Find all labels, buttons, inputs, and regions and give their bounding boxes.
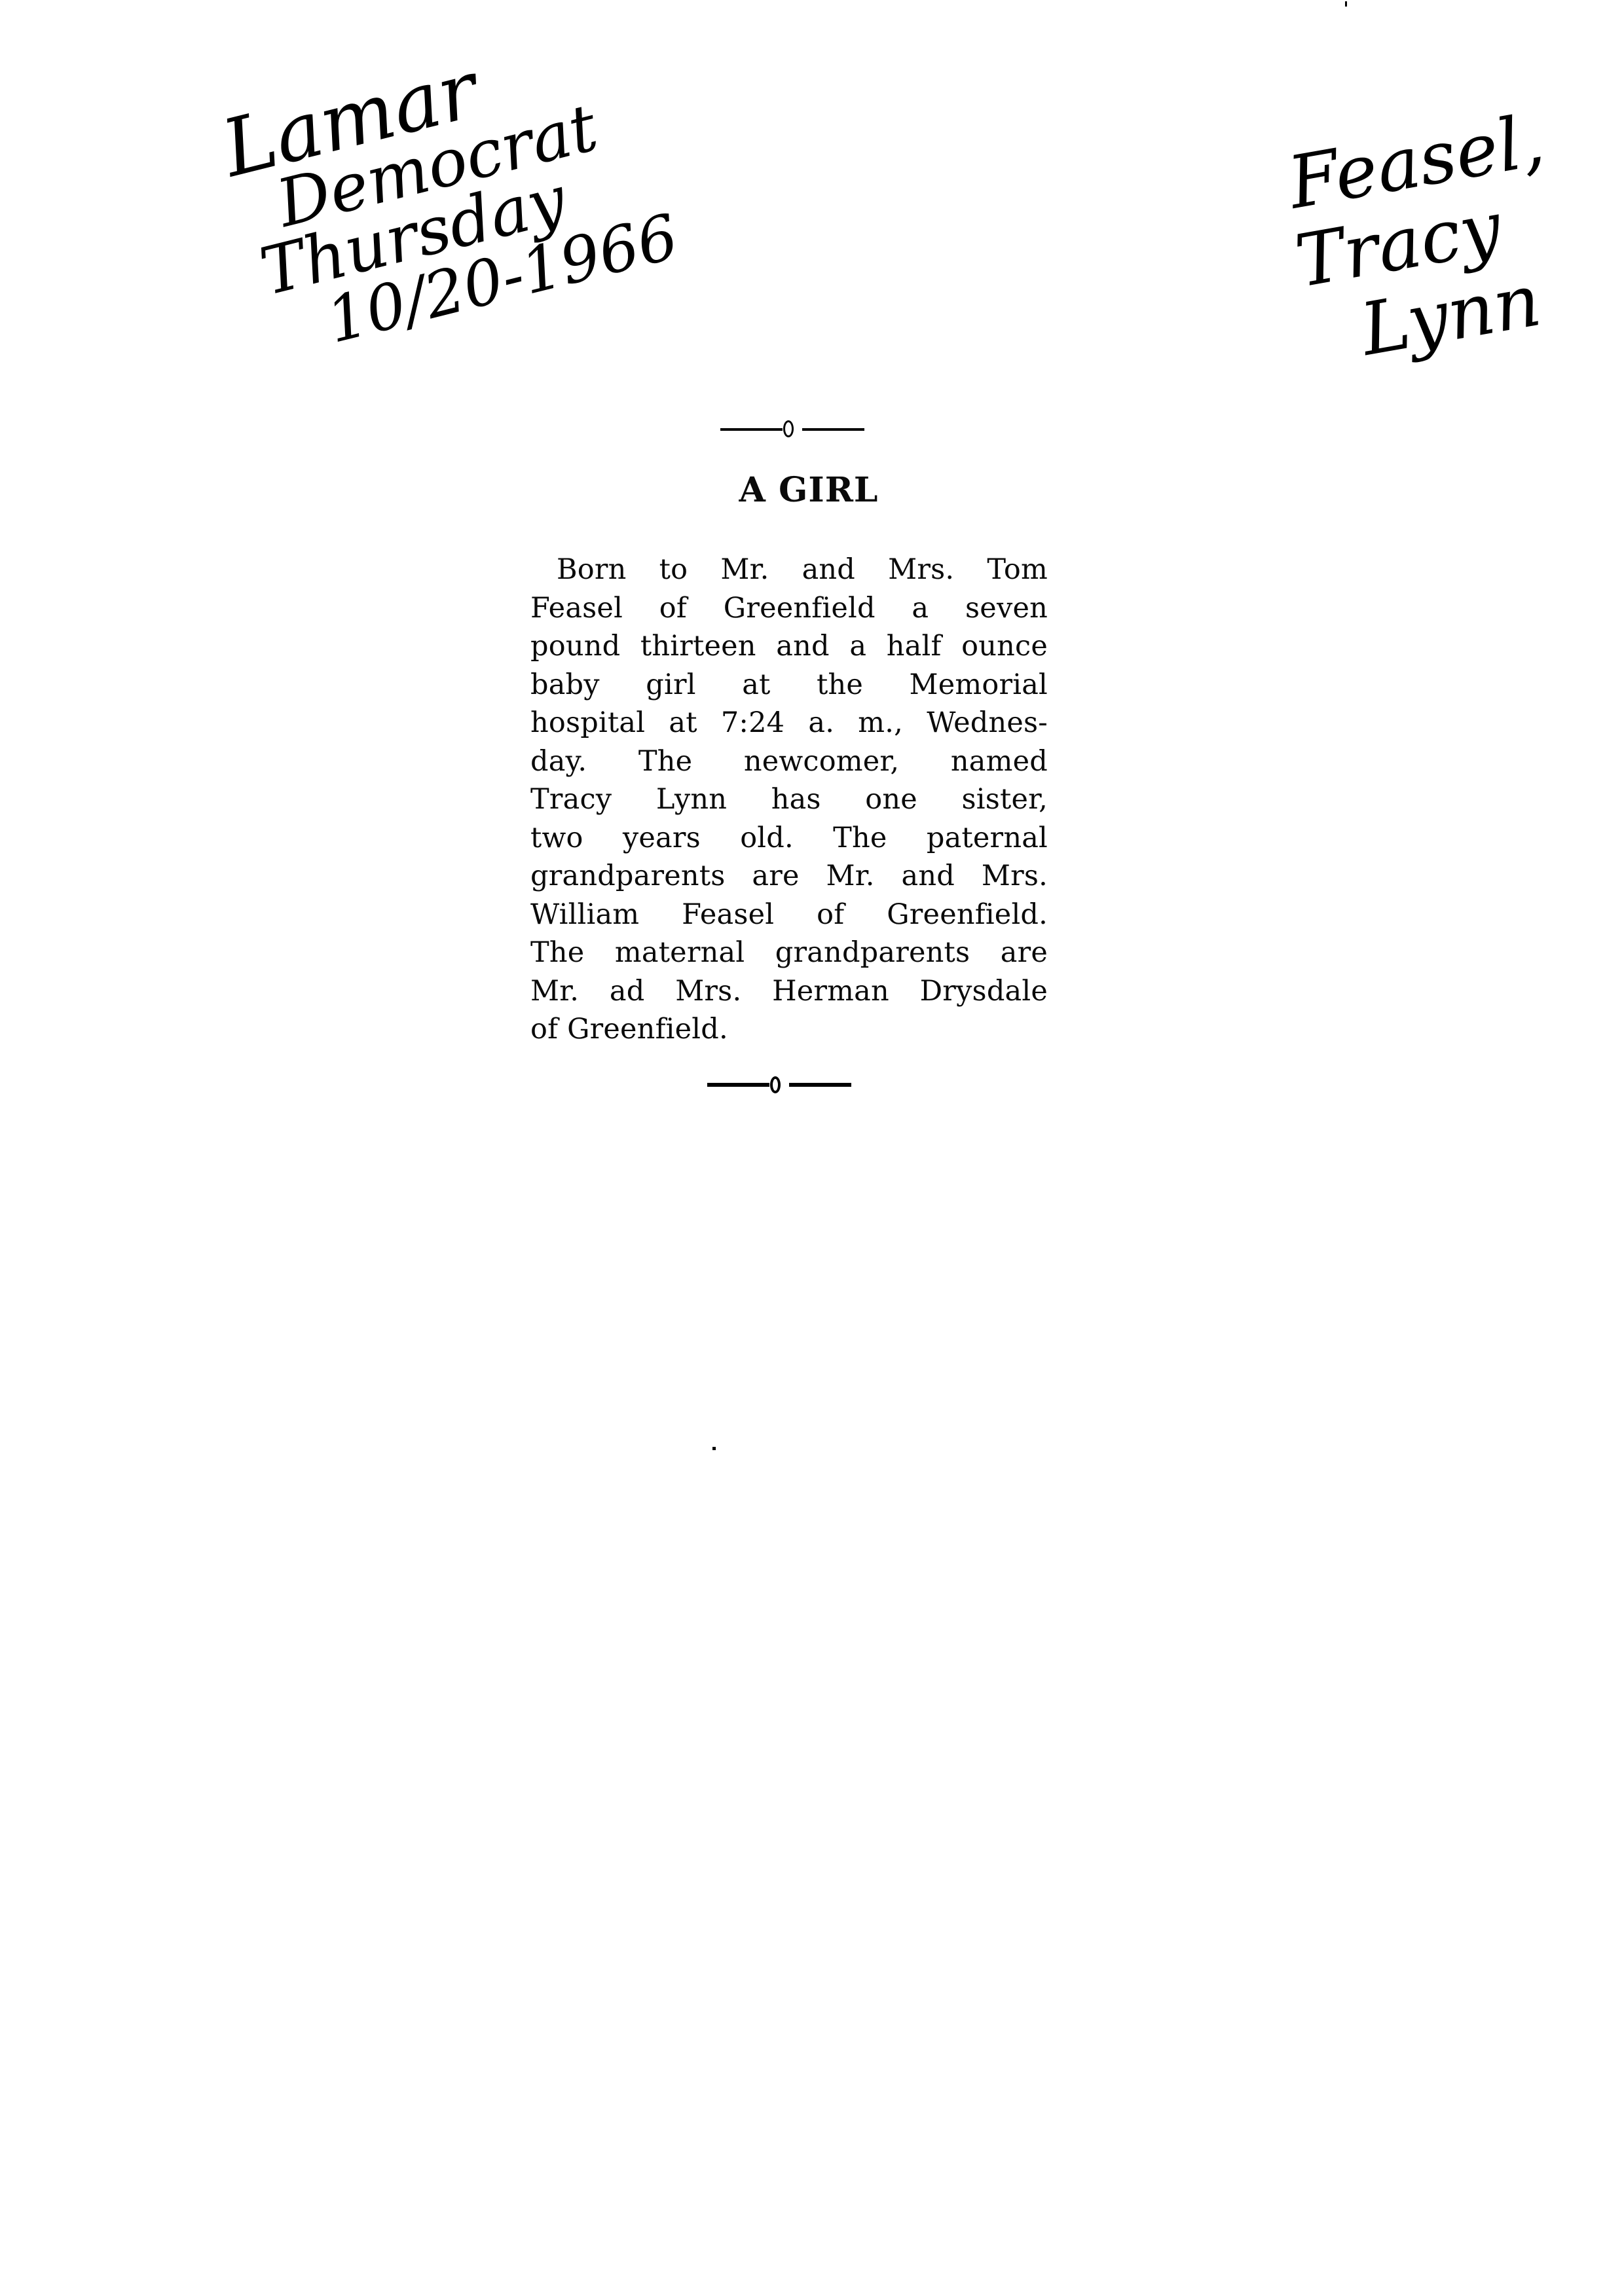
article-line: William Feasel of Greenfield.: [530, 896, 1048, 934]
article-line: day. The newcomer, named: [530, 742, 1048, 781]
article-line: Tracy Lynn has one sister,: [530, 780, 1048, 819]
article-line: of Greenfield.: [530, 1010, 1048, 1049]
divider-ring: [783, 420, 794, 437]
article-body: Born to Mr. and Mrs. Tom Feasel of Green…: [530, 551, 1048, 1049]
article-line: pound thirteen and a half ounce: [530, 627, 1048, 666]
handwritten-source-note: Lamar Democrat Thursday 10/20-1966: [196, 12, 684, 372]
article-line: two years old. The paternal: [530, 819, 1048, 858]
article-line: grandparents are Mr. and Mrs.: [530, 857, 1048, 896]
article-line: Feasel of Greenfield a seven: [530, 589, 1048, 628]
scan-speck: [1345, 1, 1347, 7]
article-line: The maternal grandparents are: [530, 934, 1048, 972]
divider-bar: [802, 428, 864, 431]
article-line: hospital at 7:24 a. m., Wednes-: [530, 704, 1048, 742]
divider-bar: [720, 428, 783, 431]
handwritten-name-note: Feasel, Tracy Lynn: [1270, 103, 1576, 376]
article-headline: A GIRL: [530, 470, 1048, 510]
article-line: baby girl at the Memorial: [530, 666, 1048, 704]
divider-bar: [789, 1083, 851, 1087]
divider-ornament-icon: [720, 419, 864, 439]
divider-bar: [707, 1083, 769, 1087]
article-line: Born to Mr. and Mrs. Tom: [530, 551, 1048, 589]
scan-speck: [712, 1447, 716, 1450]
newspaper-clipping: A GIRL Born to Mr. and Mrs. Tom Feasel o…: [530, 419, 1048, 1095]
divider-ring: [770, 1076, 781, 1093]
article-line: Mr. ad Mrs. Herman Drysdale: [530, 972, 1048, 1011]
divider-ornament-icon: [707, 1075, 851, 1095]
